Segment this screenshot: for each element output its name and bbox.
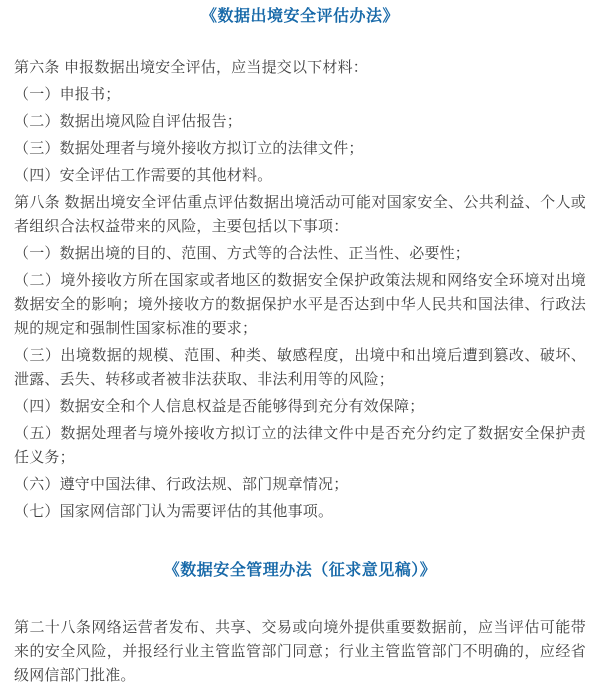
clause-article-6-item-1: （一）申报书； bbox=[14, 83, 586, 107]
document-page: 《数据出境安全评估办法》 第六条 申报数据出境安全评估，应当提交以下材料： （一… bbox=[0, 0, 600, 695]
clause-article-8: 第八条 数据出境安全评估重点评估数据出境活动可能对国家安全、公共利益、个人或者组… bbox=[14, 191, 586, 239]
regulation-title-data-export-security-assessment: 《数据出境安全评估办法》 bbox=[14, 6, 586, 28]
clause-article-6: 第六条 申报数据出境安全评估，应当提交以下材料： bbox=[14, 56, 586, 80]
clause-article-6-item-3: （三）数据处理者与境外接收方拟订立的法律文件； bbox=[14, 137, 586, 161]
regulation-title-data-security-admin-measures-draft: 《数据安全管理办法（征求意见稿）》 bbox=[14, 560, 586, 582]
clause-article-8-item-7: （七）国家网信部门认为需要评估的其他事项。 bbox=[14, 500, 586, 524]
clause-article-6-item-2: （二）数据出境风险自评估报告； bbox=[14, 110, 586, 134]
clause-article-6-item-4: （四）安全评估工作需要的其他材料。 bbox=[14, 164, 586, 188]
clause-article-8-item-4: （四）数据安全和个人信息权益是否能够得到充分有效保障； bbox=[14, 395, 586, 419]
clause-article-8-item-5: （五）数据处理者与境外接收方拟订立的法律文件中是否充分约定了数据安全保护责任义务… bbox=[14, 422, 586, 470]
clause-article-8-item-2: （二）境外接收方所在国家或者地区的数据安全保护政策法规和网络安全环境对出境数据安… bbox=[14, 269, 586, 341]
clause-article-8-item-6: （六）遵守中国法律、行政法规、部门规章情况； bbox=[14, 473, 586, 497]
clause-article-28: 第二十八条网络运营者发布、共享、交易或向境外提供重要数据前，应当评估可能带来的安… bbox=[14, 616, 586, 688]
clause-article-8-item-3: （三）出境数据的规模、范围、种类、敏感程度，出境中和出境后遭到篡改、破坏、泄露、… bbox=[14, 344, 586, 392]
clause-article-8-item-1: （一）数据出境的目的、范围、方式等的合法性、正当性、必要性； bbox=[14, 242, 586, 266]
